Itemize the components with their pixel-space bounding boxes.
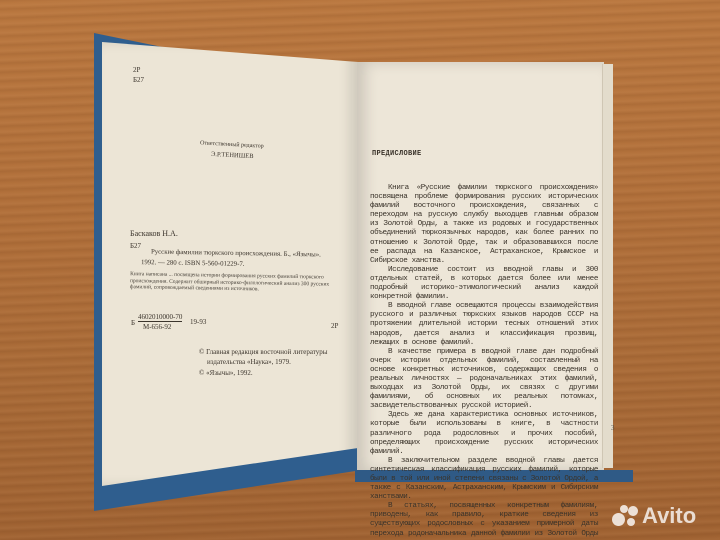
preface-paragraph: Исследование состоит из вводной главы и … [370,266,598,302]
classification-code-top: 2Р [133,66,140,75]
code-numerator: 4602010000-70 [138,313,182,322]
preface-paragraph: В вводной главе освещаются процессы взаи… [370,302,598,347]
preface-paragraph: Книга «Русские фамилии тюркского происхо… [370,184,598,266]
copyright-yazychy: © «Язычы», 1992. [199,369,253,377]
index-code: Б27 [130,242,141,251]
preface-paragraph: В статьях, посвященных конкретным фамили… [370,502,598,540]
code-denominator: М-656-92 [143,323,171,331]
index-code-top: Б27 [133,76,144,85]
preface-paragraph: В качестве примера в вводной главе дан п… [370,348,598,412]
code-suffix: 19-93 [190,318,206,326]
avito-brand-text: Avito [642,503,696,529]
avito-watermark: Avito [612,503,696,529]
code-right: 2Р [331,322,338,331]
copyright-nauka-line1: © Главная редакция восточной литературы [199,348,327,356]
preface-heading: ПРЕДИСЛОВИЕ [372,150,422,158]
avito-dots-icon [612,505,638,527]
page-number: 3 [611,424,615,432]
page-edges [602,64,613,468]
copyright-nauka-line2: издательства «Наука», 1979. [207,358,291,366]
annotation-text: Книга написана ... посвящена истории фор… [130,271,342,294]
preface-paragraph: Здесь же дана характеристика основных ис… [370,411,598,456]
preface-paragraph: В заключительном разделе вводной главы д… [370,457,598,502]
author-name: Баскаков Н.А. [130,229,178,238]
preface-body: Книга «Русские фамилии тюркского происхо… [370,184,598,540]
code-prefix: Б [131,319,135,328]
